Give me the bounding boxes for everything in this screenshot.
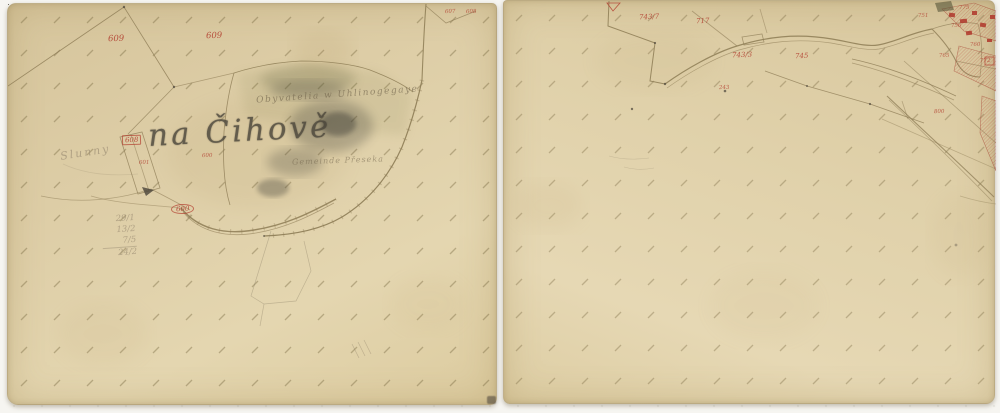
parcel-number: 751	[918, 13, 929, 19]
parcel-number: 609	[108, 34, 125, 45]
parcel-number: 608	[122, 135, 142, 146]
parcel-number: 772	[980, 58, 991, 64]
parcel-number: 600	[202, 153, 213, 159]
parcel-number: 607	[445, 9, 456, 15]
parcel-number: 745	[795, 52, 809, 60]
right-sheet-drawing	[504, 1, 996, 405]
parcel-number: 765	[939, 53, 950, 59]
parcel-number: 717	[696, 17, 710, 25]
parcel-number: 743/7	[639, 13, 659, 22]
parcel-number: 608	[466, 9, 477, 15]
scanned-map-page: Obyvatelia w Uhlinogegaye na Čihově Geme…	[0, 0, 1000, 413]
parcel-number: 775	[959, 5, 970, 11]
parcel-number: 743/3	[732, 51, 752, 60]
left-sheet-drawing	[8, 4, 498, 406]
parcel-number: 243	[719, 85, 730, 91]
parcel-number: 609	[206, 31, 223, 42]
map-sheet-right: 743/7 717 743/3 745 243 751 756 765 772 …	[503, 0, 995, 404]
parcel-number: 760	[970, 42, 981, 48]
parcel-number: 800	[934, 109, 945, 115]
binding-mark	[487, 396, 496, 404]
pencil-calculation: 29/1 13/2 7/5 24/2	[100, 213, 137, 260]
dark-grove-patch	[935, 1, 954, 12]
map-sheet-left: Obyvatelia w Uhlinogegaye na Čihově Geme…	[7, 3, 497, 405]
parcel-number: 601	[139, 160, 150, 166]
parcel-number: 756	[951, 23, 962, 29]
pencil-calc-line: 24/2	[103, 246, 138, 260]
